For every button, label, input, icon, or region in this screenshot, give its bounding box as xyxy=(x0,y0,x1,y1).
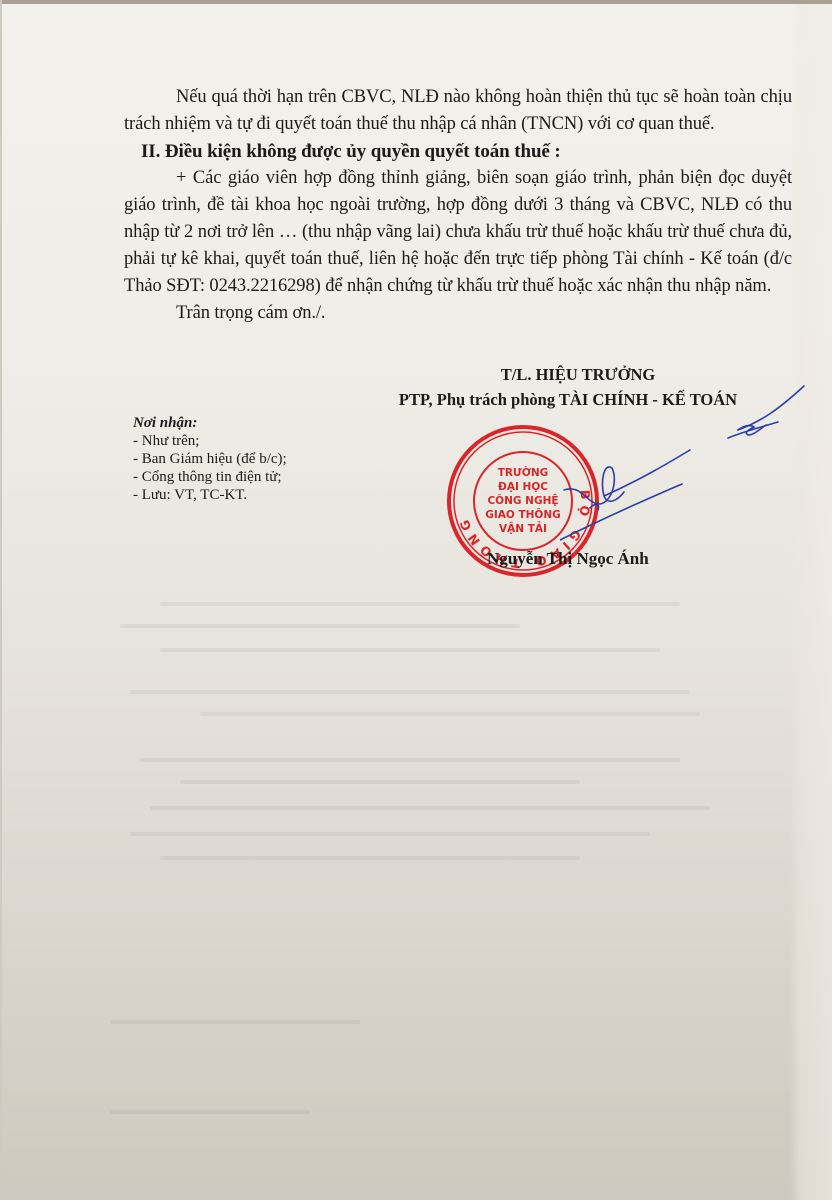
recipient-item: - Ban Giám hiệu (để b/c); xyxy=(133,450,287,468)
on-behalf-title: T/L. HIỆU TRƯỞNG xyxy=(378,362,758,387)
stamp-line: ĐẠI HỌC xyxy=(498,481,548,493)
signature-block: T/L. HIỆU TRƯỞNG PTP, Phụ trách phòng TÀ… xyxy=(378,362,758,412)
closing-line: Trân trọng cám ơn./. xyxy=(124,300,792,327)
letter-body: Nếu quá thời hạn trên CBVC, NLĐ nào khôn… xyxy=(124,84,792,327)
section-heading: II. Điều kiện không được ủy quyền quyết … xyxy=(124,138,792,165)
recipient-item: - Cổng thông tin điện tử; xyxy=(133,468,287,486)
deadline-paragraph: Nếu quá thời hạn trên CBVC, NLĐ nào khôn… xyxy=(124,84,792,138)
stamp-line: CÔNG NGHỆ xyxy=(487,494,558,507)
signer-position: PTP, Phụ trách phòng TÀI CHÍNH - KẾ TOÁN xyxy=(378,387,758,412)
recipients-list: Nơi nhận: - Như trên; - Ban Giám hiệu (đ… xyxy=(133,414,287,504)
recipient-item: - Lưu: VT, TC-KT. xyxy=(133,486,287,504)
page-top-edge xyxy=(0,0,832,4)
conditions-paragraph: + Các giáo viên hợp đồng thỉnh giảng, bi… xyxy=(124,165,792,300)
stamp-line: VẬN TẢI xyxy=(499,521,547,535)
stamp-line: GIAO THÔNG xyxy=(485,508,561,521)
recipients-title: Nơi nhận: xyxy=(133,414,287,432)
stamp-line: TRƯỜNG xyxy=(498,466,549,479)
signer-name: Nguyễn Thị Ngọc Ánh xyxy=(487,549,649,569)
page-left-edge xyxy=(0,0,2,1200)
document-page: Nếu quá thời hạn trên CBVC, NLĐ nào khôn… xyxy=(0,0,832,1200)
recipient-item: - Như trên; xyxy=(133,432,287,450)
